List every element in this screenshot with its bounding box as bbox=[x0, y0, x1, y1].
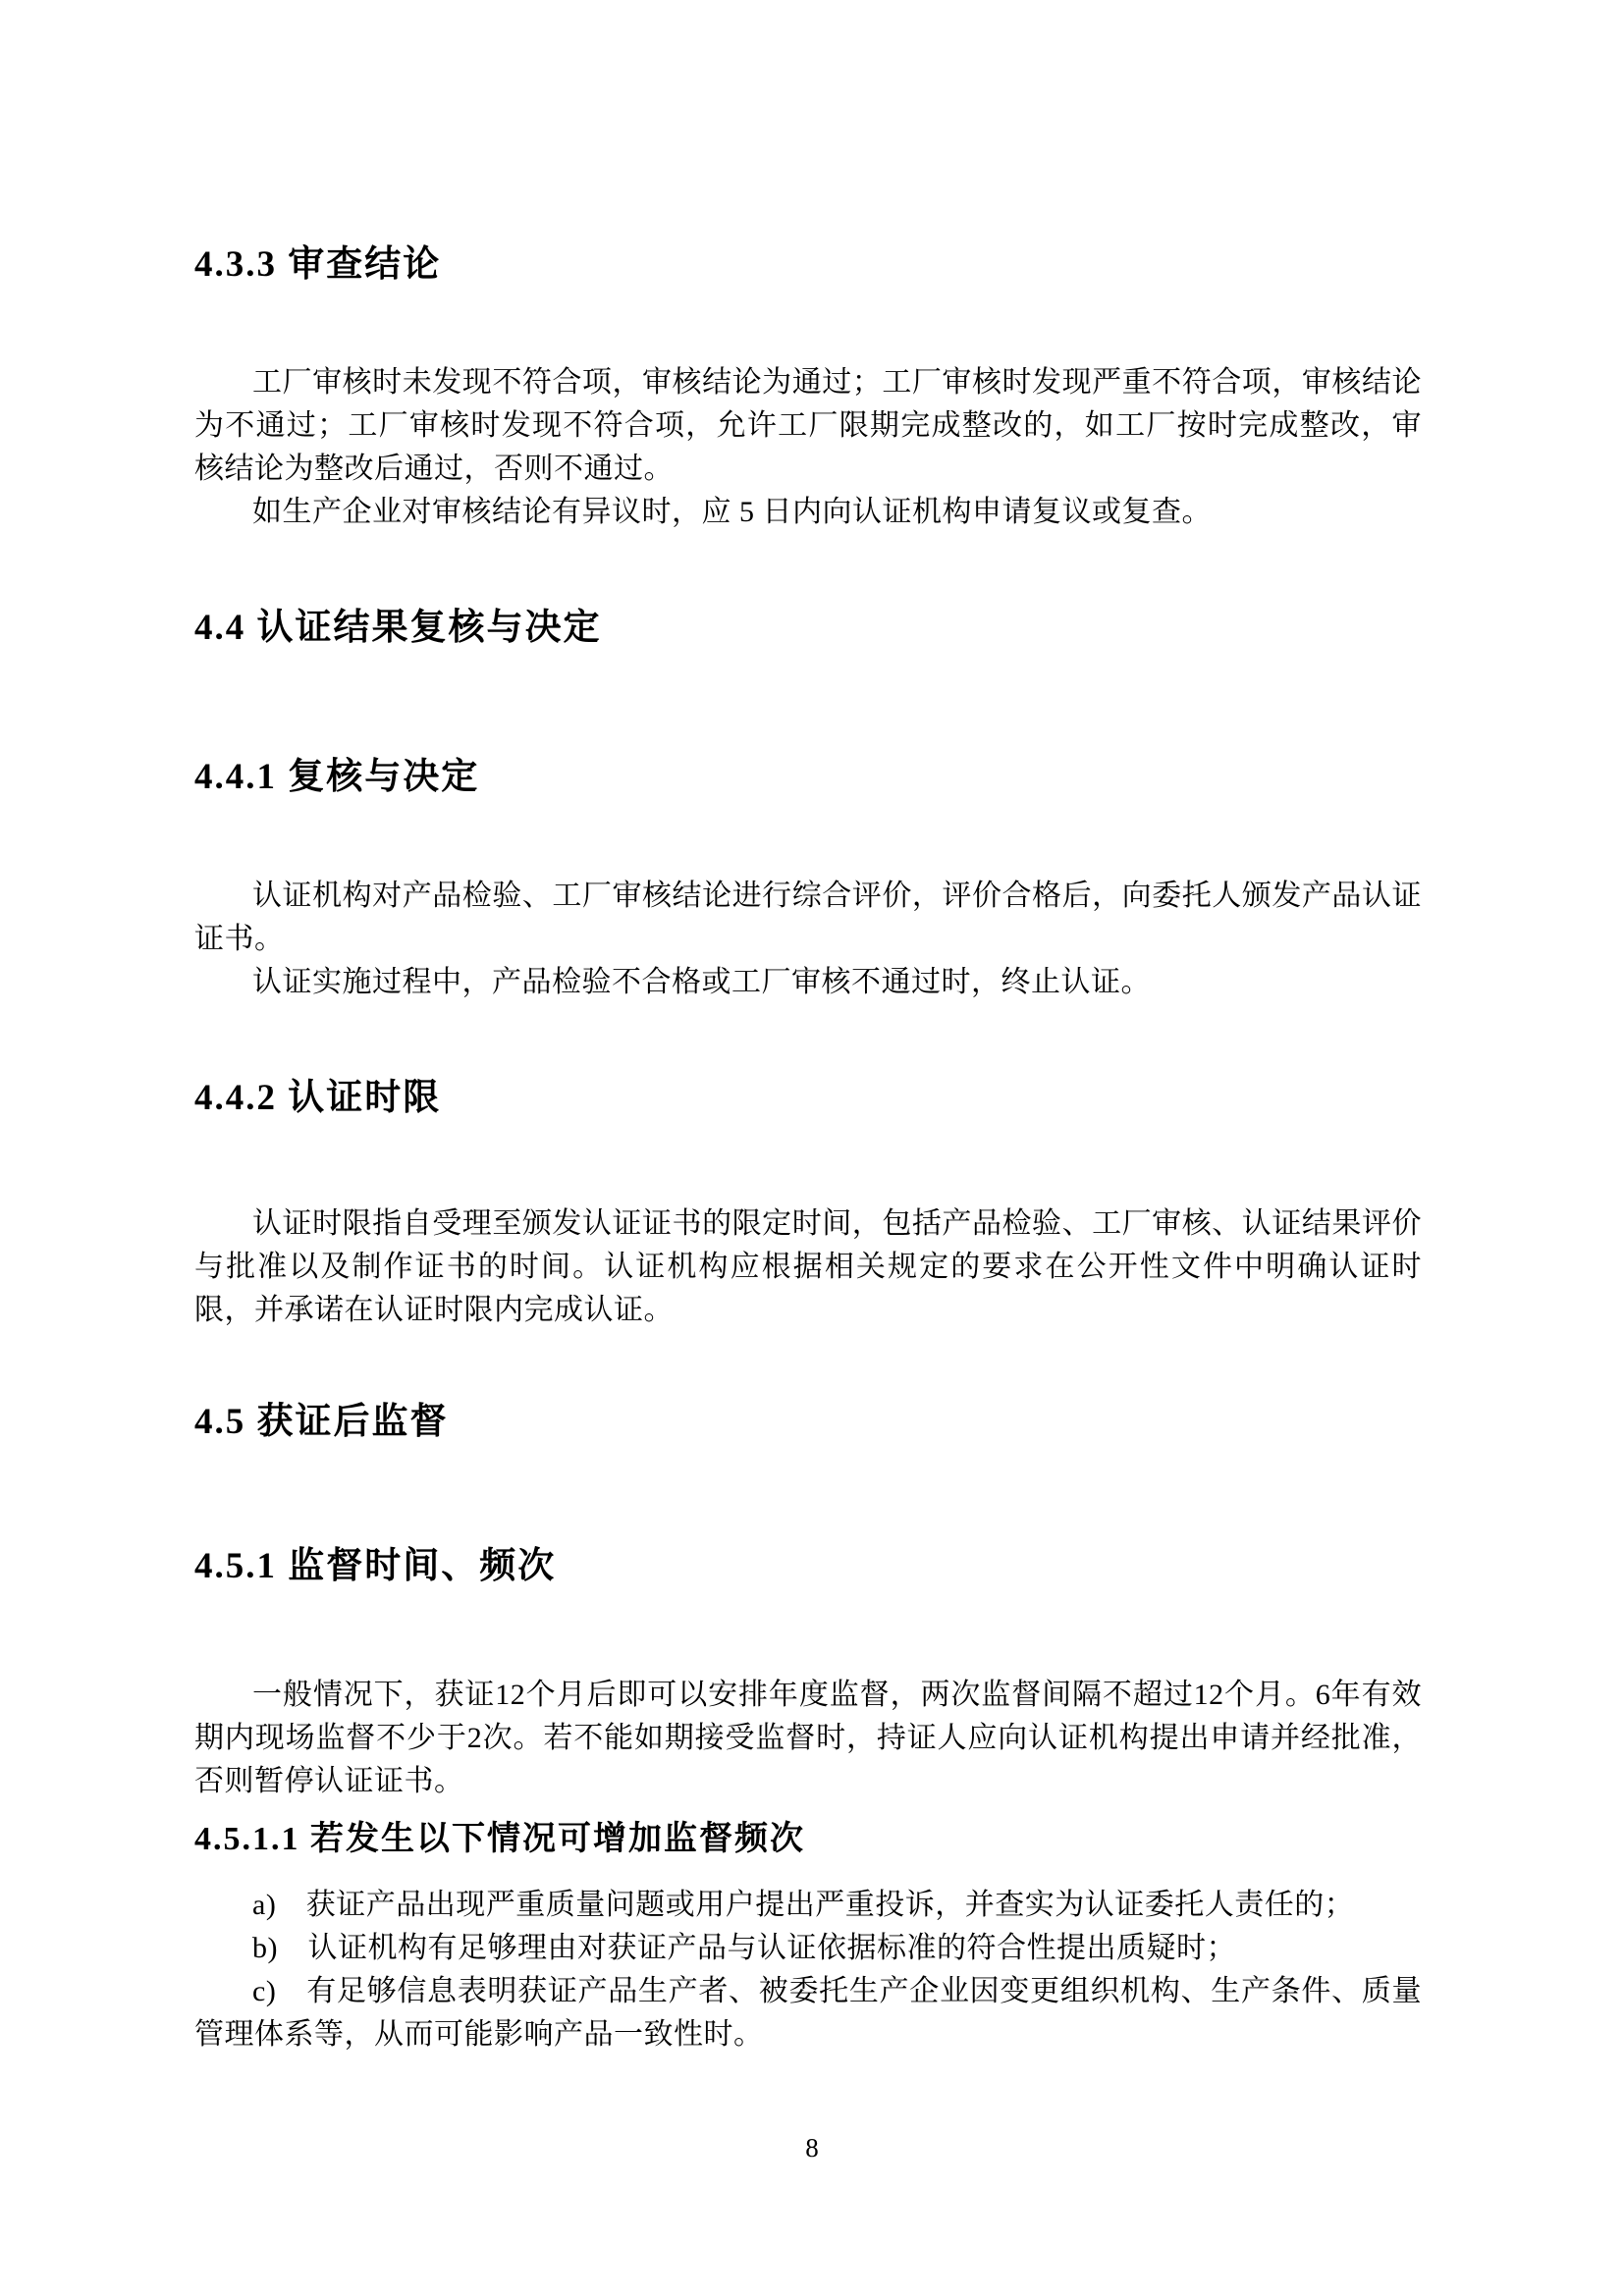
heading-4-4-result-review-decision: 4.4 认证结果复核与决定 bbox=[194, 607, 1422, 650]
list-item-a: a) 获证产品出现严重质量问题或用户提出严重投诉，并查实为认证委托人责任的； bbox=[194, 1884, 1422, 1927]
paragraph-audit-conclusion-objection: 如生产企业对审核结论有异议时，应 5 日内向认证机构申请复议或复查。 bbox=[194, 491, 1422, 534]
heading-4-5-post-certification-supervision: 4.5 获证后监督 bbox=[194, 1401, 1422, 1444]
paragraph-review-evaluation: 认证机构对产品检验、工厂审核结论进行综合评价，评价合格后，向委托人颁发产品认证证… bbox=[194, 875, 1422, 961]
paragraph-audit-conclusion-rules: 工厂审核时未发现不符合项，审核结论为通过；工厂审核时发现严重不符合项，审核结论为… bbox=[194, 361, 1422, 491]
paragraph-supervision-schedule: 一般情况下，获证12个月后即可以安排年度监督，两次监督间隔不超过12个月。6年有… bbox=[194, 1674, 1422, 1803]
document-page: 4.3.3 审查结论 工厂审核时未发现不符合项，审核结论为通过；工厂审核时发现严… bbox=[0, 0, 1624, 2296]
heading-4-4-1-review-and-decision: 4.4.1 复核与决定 bbox=[194, 756, 1422, 799]
paragraph-time-limit-definition: 认证时限指自受理至颁发认证证书的限定时间，包括产品检验、工厂审核、认证结果评价与… bbox=[194, 1202, 1422, 1332]
heading-4-5-1-1-increase-supervision-frequency: 4.5.1.1 若发生以下情况可增加监督频次 bbox=[194, 1818, 1422, 1861]
paragraph-review-termination: 认证实施过程中，产品检验不合格或工厂审核不通过时，终止认证。 bbox=[194, 961, 1422, 1004]
list-item-c: c) 有足够信息表明获证产品生产者、被委托生产企业因变更组织机构、生产条件、质量… bbox=[194, 1970, 1422, 2056]
list-item-b: b) 认证机构有足够理由对获证产品与认证依据标准的符合性提出质疑时； bbox=[194, 1927, 1422, 1970]
heading-4-5-1-supervision-time-frequency: 4.5.1 监督时间、频次 bbox=[194, 1545, 1422, 1588]
heading-4-3-3-review-conclusion: 4.3.3 审查结论 bbox=[194, 243, 1422, 287]
page-number: 8 bbox=[0, 2132, 1624, 2163]
heading-4-4-2-certification-time-limit: 4.4.2 认证时限 bbox=[194, 1077, 1422, 1120]
page-content: 4.3.3 审查结论 工厂审核时未发现不符合项，审核结论为通过；工厂审核时发现严… bbox=[194, 0, 1422, 2056]
